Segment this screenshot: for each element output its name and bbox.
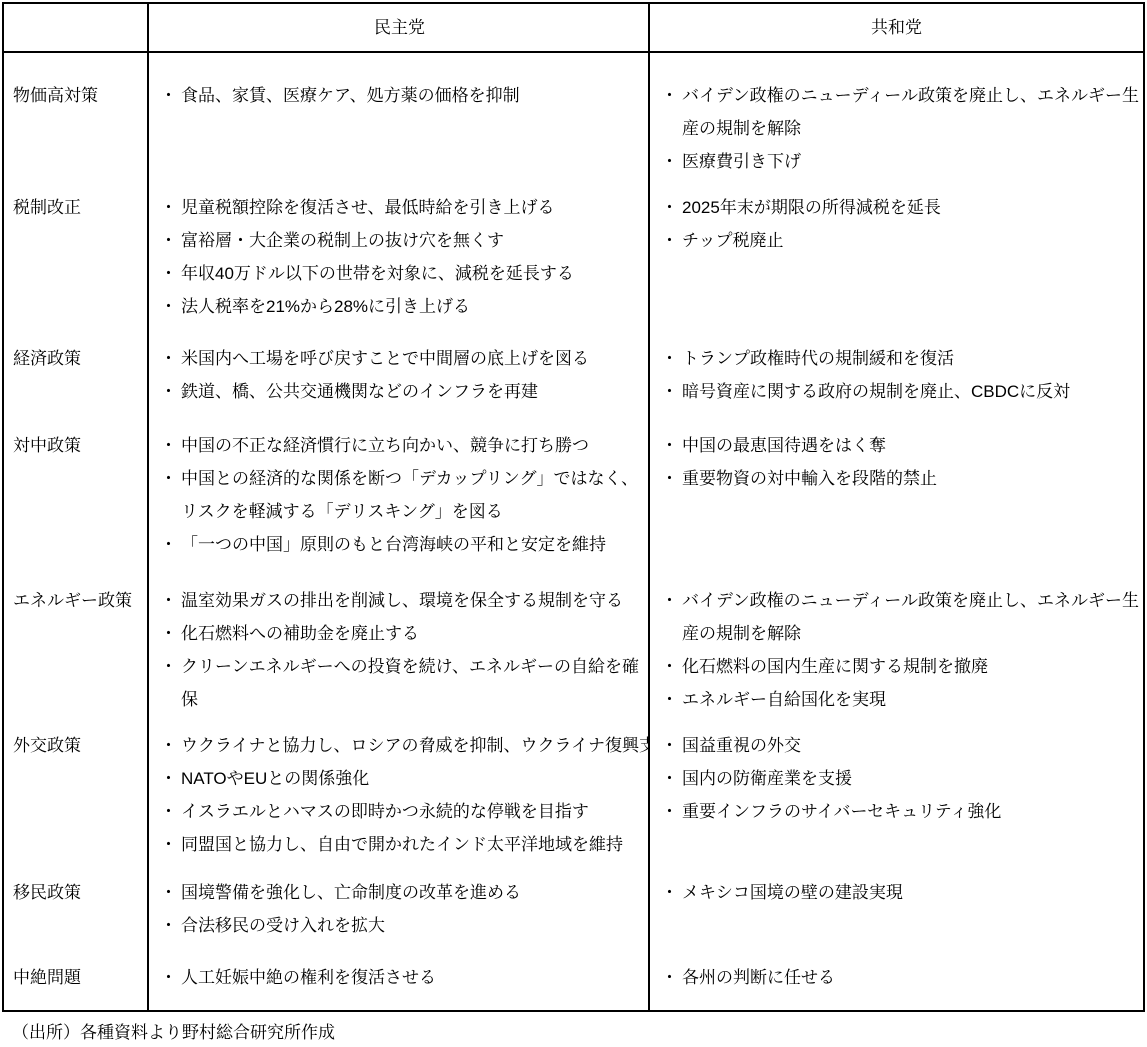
bullet-text: 医療費引き下げ bbox=[682, 145, 1139, 178]
policy-bullet: ・中国の最恵国待遇をはく奪 bbox=[661, 429, 1139, 462]
policy-bullet: ・ウクライナと協力し、ロシアの脅威を抑制、ウクライナ復興支援 bbox=[160, 729, 648, 762]
policy-comparison-table: 民主党 共和党 物価高対策 ・食品、家賃、医療ケア、処方薬の価格を抑制 ・バイデ… bbox=[2, 2, 1145, 1012]
bullet-text: 国境警備を強化し、亡命制度の改革を進める bbox=[181, 876, 648, 909]
policy-bullet: ・エネルギー自給国化を実現 bbox=[661, 683, 1139, 716]
policy-bullet: ・年収40万ドル以下の世帯を対象に、減税を延長する bbox=[160, 257, 648, 290]
table-row-price-inflation: 物価高対策 ・食品、家賃、医療ケア、処方薬の価格を抑制 ・バイデン政権のニューデ… bbox=[4, 53, 1143, 185]
table-row-immigration-policy: 移民政策 ・国境警備を強化し、亡命制度の改革を進める・合法移民の受け入れを拡大 … bbox=[4, 862, 1143, 947]
header-republican-party: 共和党 bbox=[650, 4, 1143, 51]
bullet-text: 食品、家賃、医療ケア、処方薬の価格を抑制 bbox=[181, 79, 648, 112]
rep-cell: ・中国の最恵国待遇をはく奪・重要物資の対中輸入を段階的禁止 bbox=[650, 429, 1143, 562]
bullet-text: バイデン政権のニューディール政策を廃止し、エネルギー生産の規制を解除 bbox=[682, 584, 1139, 650]
policy-bullet: ・トランプ政権時代の規制緩和を復活 bbox=[661, 342, 1139, 375]
row-label: 経済政策 bbox=[13, 342, 149, 375]
bullet-icon: ・ bbox=[160, 257, 181, 290]
policy-bullet: ・国内の防衛産業を支援 bbox=[661, 762, 1139, 795]
policy-bullet: ・重要インフラのサイバーセキュリティ強化 bbox=[661, 795, 1139, 828]
bullet-text: 中国との経済的な関係を断つ「デカップリング」ではなく、リスクを軽減する「デリスキ… bbox=[181, 462, 648, 528]
row-label: 中絶問題 bbox=[13, 961, 149, 994]
bullet-icon: ・ bbox=[661, 342, 682, 375]
bullet-text: イスラエルとハマスの即時かつ永続的な停戦を目指す bbox=[181, 795, 648, 828]
policy-bullet: ・法人税率を21%から28%に引き上げる bbox=[160, 290, 648, 323]
row-label: エネルギー政策 bbox=[13, 584, 149, 617]
policy-bullet: ・イスラエルとハマスの即時かつ永続的な停戦を目指す bbox=[160, 795, 648, 828]
bullet-text: NATOやEUとの関係強化 bbox=[181, 762, 648, 795]
bullet-icon: ・ bbox=[160, 429, 181, 462]
bullet-text: エネルギー自給国化を実現 bbox=[682, 683, 1139, 716]
policy-bullet: ・各州の判断に任せる bbox=[661, 961, 1139, 994]
bullet-text: トランプ政権時代の規制緩和を復活 bbox=[682, 342, 1139, 375]
policy-bullet: ・温室効果ガスの排出を削減し、環境を保全する規制を守る bbox=[160, 584, 648, 617]
bullet-icon: ・ bbox=[661, 795, 682, 828]
bullet-text: 年収40万ドル以下の世帯を対象に、減税を延長する bbox=[181, 257, 648, 290]
bullet-icon: ・ bbox=[160, 342, 181, 375]
table-row-energy-policy: エネルギー政策 ・温室効果ガスの排出を削減し、環境を保全する規制を守る・化石燃料… bbox=[4, 562, 1143, 717]
bullet-text: 国内の防衛産業を支援 bbox=[682, 762, 1139, 795]
rep-cell: ・バイデン政権のニューディール政策を廃止し、エネルギー生産の規制を解除・化石燃料… bbox=[650, 584, 1143, 717]
dem-cell: ・中国の不正な経済慣行に立ち向かい、競争に打ち勝つ・中国との経済的な関係を断つ「… bbox=[149, 429, 650, 562]
rep-cell: ・トランプ政権時代の規制緩和を復活・暗号資産に関する政府の規制を廃止、CBDCに… bbox=[650, 342, 1143, 417]
policy-bullet: ・化石燃料への補助金を廃止する bbox=[160, 617, 648, 650]
policy-bullet: ・チップ税廃止 bbox=[661, 224, 1139, 257]
bullet-text: バイデン政権のニューディール政策を廃止し、エネルギー生産の規制を解除 bbox=[682, 79, 1139, 145]
bullet-text: 「一つの中国」原則のもと台湾海峡の平和と安定を維持 bbox=[181, 528, 648, 561]
rep-cell: ・国益重視の外交・国内の防衛産業を支援・重要インフラのサイバーセキュリティ強化 bbox=[650, 729, 1143, 862]
dem-cell: ・人工妊娠中絶の権利を復活させる bbox=[149, 961, 650, 1010]
bullet-icon: ・ bbox=[160, 290, 181, 323]
bullet-text: 重要物資の対中輸入を段階的禁止 bbox=[682, 462, 1139, 495]
table-row-foreign-policy: 外交政策 ・ウクライナと協力し、ロシアの脅威を抑制、ウクライナ復興支援・NATO… bbox=[4, 717, 1143, 862]
bullet-text: 化石燃料への補助金を廃止する bbox=[181, 617, 648, 650]
row-label: 物価高対策 bbox=[13, 79, 149, 112]
policy-bullet: ・バイデン政権のニューディール政策を廃止し、エネルギー生産の規制を解除 bbox=[661, 79, 1139, 145]
dem-cell: ・米国内へ工場を呼び戻すことで中間層の底上げを図る・鉄道、橋、公共交通機関などの… bbox=[149, 342, 650, 417]
policy-bullet: ・クリーンエネルギーへの投資を続け、エネルギーの自給を確保 bbox=[160, 650, 648, 716]
bullet-icon: ・ bbox=[661, 729, 682, 762]
bullet-text: 国益重視の外交 bbox=[682, 729, 1139, 762]
policy-bullet: ・重要物資の対中輸入を段階的禁止 bbox=[661, 462, 1139, 495]
table-row-economic-policy: 経済政策 ・米国内へ工場を呼び戻すことで中間層の底上げを図る・鉄道、橋、公共交通… bbox=[4, 332, 1143, 417]
bullet-icon: ・ bbox=[661, 375, 682, 408]
bullet-icon: ・ bbox=[160, 876, 181, 909]
policy-bullet: ・化石燃料の国内生産に関する規制を撤廃 bbox=[661, 650, 1139, 683]
table-row-china-policy: 対中政策 ・中国の不正な経済慣行に立ち向かい、競争に打ち勝つ・中国との経済的な関… bbox=[4, 417, 1143, 562]
policy-bullet: ・合法移民の受け入れを拡大 bbox=[160, 909, 648, 942]
bullet-text: 富裕層・大企業の税制上の抜け穴を無くす bbox=[181, 224, 648, 257]
bullet-icon: ・ bbox=[661, 650, 682, 683]
report-page: 民主党 共和党 物価高対策 ・食品、家賃、医療ケア、処方薬の価格を抑制 ・バイデ… bbox=[0, 0, 1147, 1047]
bullet-text: 中国の最恵国待遇をはく奪 bbox=[682, 429, 1139, 462]
policy-bullet: ・「一つの中国」原則のもと台湾海峡の平和と安定を維持 bbox=[160, 528, 648, 561]
bullet-icon: ・ bbox=[160, 729, 181, 762]
bullet-icon: ・ bbox=[160, 224, 181, 257]
bullet-icon: ・ bbox=[160, 375, 181, 408]
rep-cell: ・2025年末が期限の所得減税を延長・チップ税廃止 bbox=[650, 191, 1143, 332]
policy-bullet: ・国境警備を強化し、亡命制度の改革を進める bbox=[160, 876, 648, 909]
bullet-icon: ・ bbox=[661, 145, 682, 178]
policy-bullet: ・2025年末が期限の所得減税を延長 bbox=[661, 191, 1139, 224]
bullet-icon: ・ bbox=[661, 191, 682, 224]
row-label: 税制改正 bbox=[13, 191, 149, 224]
bullet-text: 化石燃料の国内生産に関する規制を撤廃 bbox=[682, 650, 1139, 683]
bullet-icon: ・ bbox=[160, 79, 181, 112]
bullet-icon: ・ bbox=[160, 462, 181, 528]
rep-cell: ・バイデン政権のニューディール政策を廃止し、エネルギー生産の規制を解除・医療費引… bbox=[650, 79, 1143, 185]
column-divider bbox=[147, 4, 149, 1010]
bullet-text: 中国の不正な経済慣行に立ち向かい、競争に打ち勝つ bbox=[181, 429, 648, 462]
dem-cell: ・食品、家賃、医療ケア、処方薬の価格を抑制 bbox=[149, 79, 650, 185]
header-topic-cell bbox=[4, 4, 149, 51]
policy-bullet: ・暗号資産に関する政府の規制を廃止、CBDCに反対 bbox=[661, 375, 1139, 408]
bullet-text: 2025年末が期限の所得減税を延長 bbox=[682, 191, 1139, 224]
bullet-icon: ・ bbox=[160, 617, 181, 650]
bullet-text: 温室効果ガスの排出を削減し、環境を保全する規制を守る bbox=[181, 584, 648, 617]
bullet-icon: ・ bbox=[661, 584, 682, 650]
rep-cell: ・メキシコ国境の壁の建設実現 bbox=[650, 876, 1143, 947]
bullet-icon: ・ bbox=[160, 191, 181, 224]
bullet-text: 人工妊娠中絶の権利を復活させる bbox=[181, 961, 648, 994]
policy-bullet: ・同盟国と協力し、自由で開かれたインド太平洋地域を維持 bbox=[160, 828, 648, 861]
bullet-icon: ・ bbox=[160, 909, 181, 942]
bullet-icon: ・ bbox=[160, 650, 181, 716]
column-divider bbox=[648, 4, 650, 1010]
dem-cell: ・温室効果ガスの排出を削減し、環境を保全する規制を守る・化石燃料への補助金を廃止… bbox=[149, 584, 650, 717]
bullet-icon: ・ bbox=[661, 683, 682, 716]
row-label: 対中政策 bbox=[13, 429, 149, 462]
bullet-text: 合法移民の受け入れを拡大 bbox=[181, 909, 648, 942]
table-row-abortion-issue: 中絶問題 ・人工妊娠中絶の権利を復活させる ・各州の判断に任せる bbox=[4, 947, 1143, 1010]
rep-cell: ・各州の判断に任せる bbox=[650, 961, 1143, 1010]
bullet-text: 法人税率を21%から28%に引き上げる bbox=[181, 290, 648, 323]
bullet-text: 米国内へ工場を呼び戻すことで中間層の底上げを図る bbox=[181, 342, 648, 375]
bullet-text: ウクライナと協力し、ロシアの脅威を抑制、ウクライナ復興支援 bbox=[181, 729, 648, 762]
source-note: （出所）各種資料より野村総合研究所作成 bbox=[12, 1021, 335, 1045]
bullet-text: 重要インフラのサイバーセキュリティ強化 bbox=[682, 795, 1139, 828]
row-label: 移民政策 bbox=[13, 876, 149, 909]
policy-bullet: ・医療費引き下げ bbox=[661, 145, 1139, 178]
bullet-text: クリーンエネルギーへの投資を続け、エネルギーの自給を確保 bbox=[181, 650, 648, 716]
bullet-icon: ・ bbox=[661, 224, 682, 257]
bullet-icon: ・ bbox=[160, 795, 181, 828]
policy-bullet: ・鉄道、橋、公共交通機関などのインフラを再建 bbox=[160, 375, 648, 408]
bullet-text: 同盟国と協力し、自由で開かれたインド太平洋地域を維持 bbox=[181, 828, 648, 861]
bullet-icon: ・ bbox=[160, 961, 181, 994]
bullet-icon: ・ bbox=[160, 762, 181, 795]
header-democratic-party: 民主党 bbox=[149, 4, 650, 51]
bullet-icon: ・ bbox=[160, 828, 181, 861]
bullet-icon: ・ bbox=[661, 876, 682, 909]
bullet-icon: ・ bbox=[661, 79, 682, 145]
policy-bullet: ・児童税額控除を復活させ、最低時給を引き上げる bbox=[160, 191, 648, 224]
bullet-text: 児童税額控除を復活させ、最低時給を引き上げる bbox=[181, 191, 648, 224]
bullet-icon: ・ bbox=[661, 961, 682, 994]
bullet-icon: ・ bbox=[661, 462, 682, 495]
dem-cell: ・国境警備を強化し、亡命制度の改革を進める・合法移民の受け入れを拡大 bbox=[149, 876, 650, 947]
policy-bullet: ・人工妊娠中絶の権利を復活させる bbox=[160, 961, 648, 994]
dem-cell: ・ウクライナと協力し、ロシアの脅威を抑制、ウクライナ復興支援・NATOやEUとの… bbox=[149, 729, 650, 862]
policy-bullet: ・米国内へ工場を呼び戻すことで中間層の底上げを図る bbox=[160, 342, 648, 375]
policy-bullet: ・食品、家賃、医療ケア、処方薬の価格を抑制 bbox=[160, 79, 648, 112]
bullet-text: メキシコ国境の壁の建設実現 bbox=[682, 876, 1139, 909]
policy-bullet: ・中国の不正な経済慣行に立ち向かい、競争に打ち勝つ bbox=[160, 429, 648, 462]
bullet-icon: ・ bbox=[160, 584, 181, 617]
bullet-text: 暗号資産に関する政府の規制を廃止、CBDCに反対 bbox=[682, 375, 1139, 408]
policy-bullet: ・メキシコ国境の壁の建設実現 bbox=[661, 876, 1139, 909]
bullet-icon: ・ bbox=[661, 429, 682, 462]
bullet-text: 鉄道、橋、公共交通機関などのインフラを再建 bbox=[181, 375, 648, 408]
bullet-text: 各州の判断に任せる bbox=[682, 961, 1139, 994]
row-label: 外交政策 bbox=[13, 729, 149, 762]
table-row-tax-reform: 税制改正 ・児童税額控除を復活させ、最低時給を引き上げる・富裕層・大企業の税制上… bbox=[4, 185, 1143, 332]
policy-bullet: ・国益重視の外交 bbox=[661, 729, 1139, 762]
bullet-icon: ・ bbox=[661, 762, 682, 795]
bullet-icon: ・ bbox=[160, 528, 181, 561]
dem-cell: ・児童税額控除を復活させ、最低時給を引き上げる・富裕層・大企業の税制上の抜け穴を… bbox=[149, 191, 650, 332]
bullet-text: チップ税廃止 bbox=[682, 224, 1139, 257]
table-header-row: 民主党 共和党 bbox=[4, 4, 1143, 53]
policy-bullet: ・NATOやEUとの関係強化 bbox=[160, 762, 648, 795]
policy-bullet: ・中国との経済的な関係を断つ「デカップリング」ではなく、リスクを軽減する「デリス… bbox=[160, 462, 648, 528]
policy-bullet: ・富裕層・大企業の税制上の抜け穴を無くす bbox=[160, 224, 648, 257]
policy-bullet: ・バイデン政権のニューディール政策を廃止し、エネルギー生産の規制を解除 bbox=[661, 584, 1139, 650]
